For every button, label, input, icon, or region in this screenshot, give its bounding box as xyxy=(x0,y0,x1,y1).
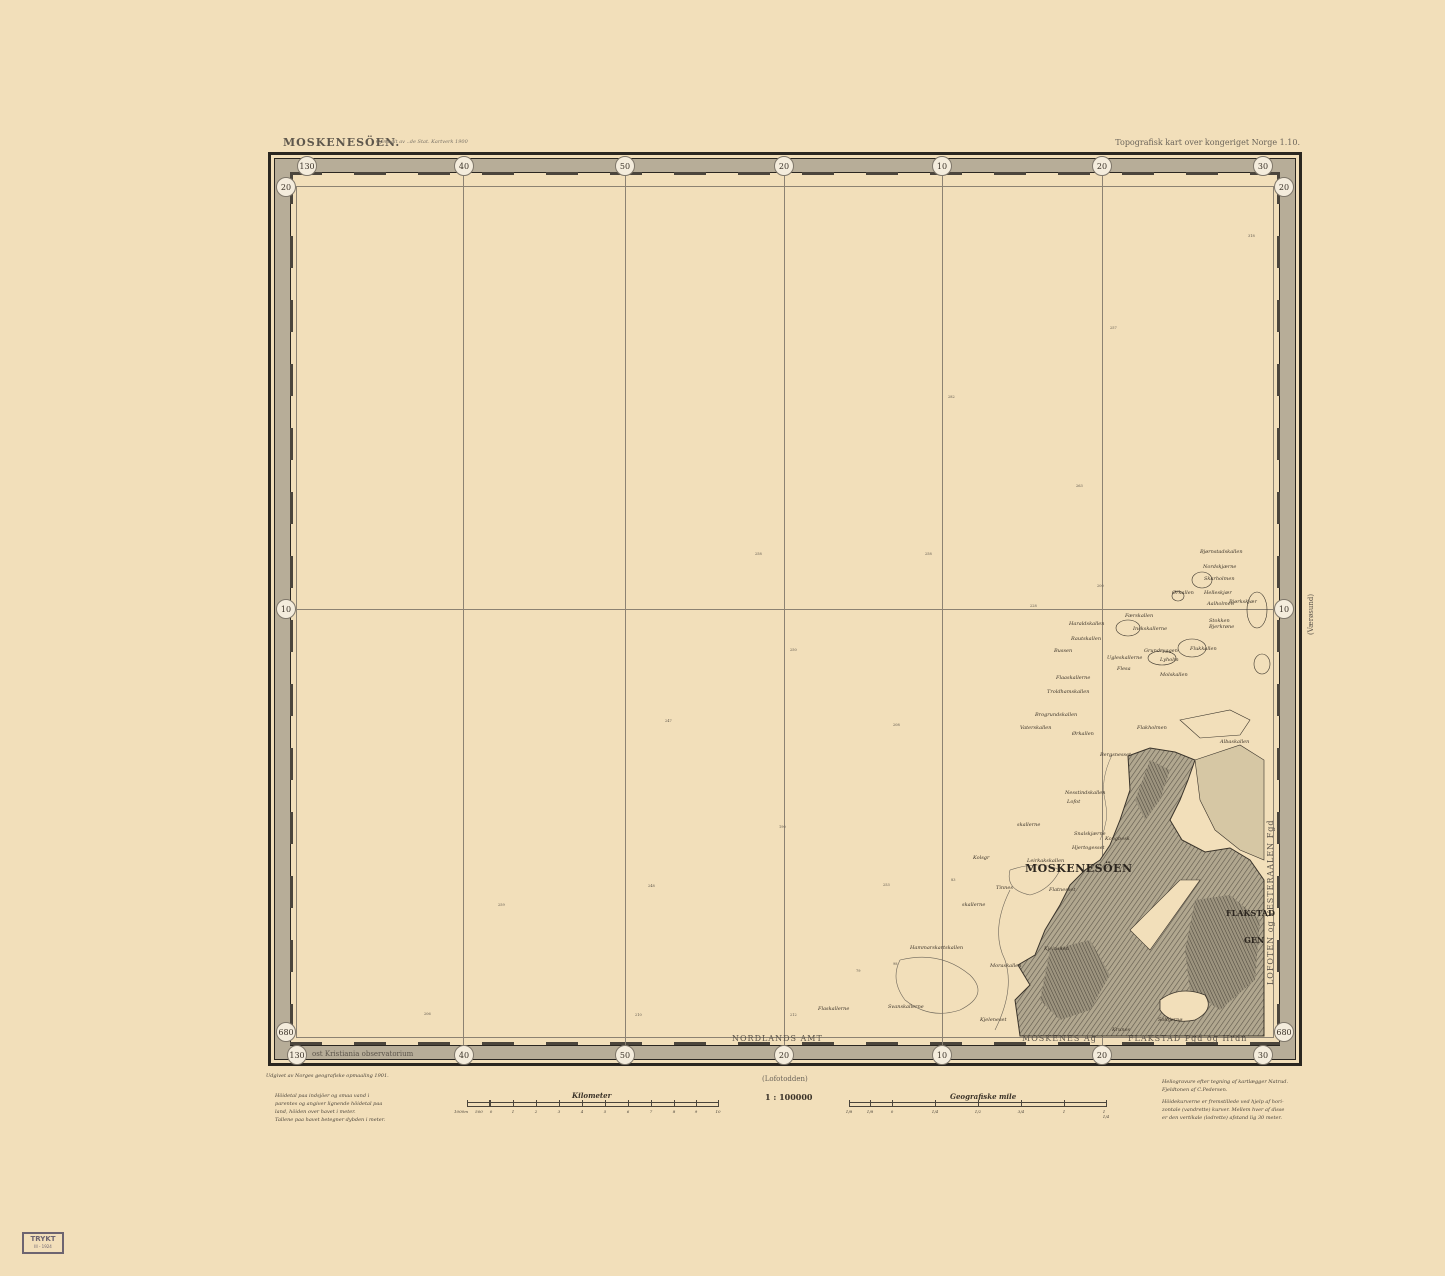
km-tick-label: 1 xyxy=(512,1109,515,1114)
place-label: Lofot xyxy=(1067,799,1080,805)
place-label: Brogrundskallen xyxy=(1035,712,1077,718)
nm-tick-label: 1/8 xyxy=(867,1109,873,1114)
depth-sounding: 263 xyxy=(1076,484,1083,488)
district-label-lofoten: LOFOTEN og VESTERAALEN Fgd xyxy=(1266,819,1275,985)
place-label: Tinnes xyxy=(996,885,1013,891)
depth-sounding: 208 xyxy=(893,723,900,727)
nm-tick-label: 1 xyxy=(1063,1109,1066,1114)
depth-sounding: 258 xyxy=(925,552,932,556)
place-label: Bussen xyxy=(1054,648,1072,654)
place-label: Flaaskallerne xyxy=(1056,675,1090,681)
stamp-date: III - 1924 xyxy=(24,1244,62,1250)
contour-note: Höidekurverne er fremstillede ved hjelp … xyxy=(1162,1098,1284,1122)
depth-sounding: 282 xyxy=(948,395,955,399)
coord-left-20: 20 xyxy=(276,177,296,197)
place-label: Hammarskartskallen xyxy=(910,945,963,951)
km-tick-label: 9 xyxy=(695,1109,698,1114)
legend-note-line: Tallene paa havet betegner dybden i mete… xyxy=(275,1116,385,1124)
km-tick-label: 4 xyxy=(581,1109,584,1114)
place-label: Haraldskallen xyxy=(1069,621,1104,627)
coord-right-680: 680 xyxy=(1274,1022,1294,1042)
scale-ratio: 1 : 100000 xyxy=(765,1092,813,1102)
depth-sounding: 83 xyxy=(951,878,955,882)
coord-bottom-10: 10 xyxy=(932,1045,952,1065)
place-label: Kongbesk xyxy=(1105,836,1130,842)
publisher-credit: Udgivet av Norges geografiske opmaaling … xyxy=(266,1072,389,1080)
meridian-note: ost Kristiania observatorium xyxy=(312,1050,413,1058)
place-label: Flesa xyxy=(1117,666,1131,672)
printed-stamp: TRYKT III - 1924 xyxy=(22,1232,64,1254)
coord-left-680: 680 xyxy=(276,1022,296,1042)
nm-scale-label: Geografiske mile xyxy=(950,1092,1016,1101)
nm-tick-label: 0 xyxy=(891,1109,894,1114)
place-label: Skarholmen xyxy=(1204,576,1235,582)
depth-sounding: 259 xyxy=(498,903,505,907)
coord-bottom-40: 40 xyxy=(454,1045,474,1065)
depth-sounding: 206 xyxy=(424,1012,431,1016)
nm-tick-label: 1 1/4 xyxy=(1103,1109,1109,1119)
place-label: Flaskallerne xyxy=(818,1006,849,1012)
right-margin-note: (Værøsund) xyxy=(1307,594,1315,635)
coord-top-20b: 20 xyxy=(1092,156,1112,176)
coord-top-30: 30 xyxy=(1253,156,1273,176)
stamp-title: TRYKT xyxy=(24,1234,62,1244)
nm-tick-label: 1/8 xyxy=(846,1109,852,1114)
place-label: Vaterskallen xyxy=(1020,725,1051,731)
km-tick-label: 8 xyxy=(673,1109,676,1114)
place-label: Bjørnstadskallen xyxy=(1200,549,1243,555)
depth-sounding: 98 xyxy=(893,962,897,966)
coord-bottom-30: 30 xyxy=(1253,1045,1273,1065)
place-label: Leirkakskallen xyxy=(1027,858,1064,864)
coord-left-10: 10 xyxy=(276,599,296,619)
coord-right-10: 10 xyxy=(1274,599,1294,619)
place-label: Kjeleneset xyxy=(980,1017,1007,1023)
km-tick-label: 10 xyxy=(715,1109,720,1114)
depth-sounding: 190 xyxy=(779,825,786,829)
legend-note-line: land, höiden over havet i meter. xyxy=(275,1108,385,1116)
place-label: Rautskallen xyxy=(1071,636,1101,642)
place-label: Hjertogesset xyxy=(1072,845,1105,851)
contour-note-line: zontale (vandrette) kurver. Mellem hver … xyxy=(1162,1106,1284,1114)
km-tick-label: 500 xyxy=(475,1109,483,1114)
km-scale-label: Kilometer xyxy=(572,1091,611,1100)
coord-top-50: 50 xyxy=(615,156,635,176)
km-scale-bar: 1000m 500 0 1 2 3 4 5 6 7 8 9 10 xyxy=(467,1102,719,1107)
place-label: Krunes xyxy=(1112,1027,1130,1033)
place-label: Moraskallen xyxy=(990,963,1021,969)
district-label-nordland: NORDLANDS AMT xyxy=(732,1034,823,1043)
nm-scale-bar: 1/8 1/8 0 1/4 1/2 3/4 1 1 1/4 xyxy=(849,1102,1107,1107)
place-label: Bergsnesset xyxy=(1100,752,1131,758)
legend-note-line: Höidetal paa indsjöer og smaa vand i xyxy=(275,1092,385,1100)
km-tick-label: 5 xyxy=(604,1109,607,1114)
place-label: Nordskjærne xyxy=(1203,564,1236,570)
place-label: Svanskallerne xyxy=(888,1004,924,1010)
coord-bottom-20: 20 xyxy=(774,1045,794,1065)
place-label: Flukkallen xyxy=(1190,646,1217,652)
place-label: Kjeinsken xyxy=(1044,946,1069,952)
place-label: Troldhamskallen xyxy=(1047,689,1089,695)
place-label: Kolsgr xyxy=(973,855,989,861)
place-label: Inskskallerne xyxy=(1133,626,1167,632)
km-tick-label: 0 xyxy=(490,1109,493,1114)
engraving-credit: Heliogravure efter tegning af kartlægger… xyxy=(1162,1078,1288,1094)
coord-bottom-50: 50 xyxy=(615,1045,635,1065)
depth-sounding: 253 xyxy=(883,883,890,887)
place-label: Solbjørnø xyxy=(1158,1017,1182,1023)
district-label-flakstad: FLAKSTAD Pgd og Hrdn xyxy=(1128,1034,1247,1043)
place-label: Flatnesset xyxy=(1049,887,1075,893)
depth-sounding: 318 xyxy=(1248,234,1255,238)
nm-tick-label: 1/2 xyxy=(975,1109,981,1114)
place-label: Bjerkrøne xyxy=(1209,624,1234,630)
contour-note-line: Höidekurverne er fremstillede ved hjelp … xyxy=(1162,1098,1284,1106)
depth-sounding: 228 xyxy=(1030,604,1037,608)
place-label: Albaskallen xyxy=(1220,739,1249,745)
credit-line: Heliogravure efter tegning af kartlægger… xyxy=(1162,1078,1288,1086)
km-tick-label: 3 xyxy=(558,1109,561,1114)
place-label: Ørkallen xyxy=(1172,590,1194,596)
district-label-moskenes: MOSKENES Ag xyxy=(1022,1034,1097,1043)
nm-tick-label: 1/4 xyxy=(932,1109,938,1114)
coord-top-20: 20 xyxy=(774,156,794,176)
place-label: Ugleskallerne xyxy=(1107,655,1142,661)
subregion-label: (Lofotodden) xyxy=(762,1075,808,1083)
place-label: Molskallen xyxy=(1160,672,1188,678)
town-name-flakstad: FLAKSTAD xyxy=(1226,908,1275,918)
legend-note-line: parentes og angiver lignende höidetal pa… xyxy=(275,1100,385,1108)
depth-sounding: 210 xyxy=(635,1013,642,1017)
place-label: Grundryggen xyxy=(1144,648,1178,654)
coord-top-40: 40 xyxy=(454,156,474,176)
place-label: skallerne xyxy=(962,902,985,908)
place-label: Nesstindskallen xyxy=(1065,790,1105,796)
depth-sounding: 247 xyxy=(665,719,672,723)
coord-right-20: 20 xyxy=(1274,177,1294,197)
depth-sounding: 250 xyxy=(790,648,797,652)
depth-sounding: 212 xyxy=(790,1013,797,1017)
place-label: Flakholmen xyxy=(1137,725,1167,731)
place-label: Lyholm xyxy=(1160,657,1179,663)
coord-bottom-20b: 20 xyxy=(1092,1045,1112,1065)
depth-sounding: 248 xyxy=(648,884,655,888)
depth-sounding: 79 xyxy=(856,969,860,973)
town-name-gen: GEN xyxy=(1244,935,1264,945)
coord-top-10: 10 xyxy=(932,156,952,176)
credit-line: Fjeldtonen af C.Pedersen. xyxy=(1162,1086,1288,1094)
place-label: Ørkallen xyxy=(1072,731,1094,737)
place-label: Bjørkskjær xyxy=(1229,599,1257,605)
contour-note-line: er den vertikale (lodrette) afstand lig … xyxy=(1162,1114,1284,1122)
nm-tick-label: 3/4 xyxy=(1018,1109,1024,1114)
coord-top-130: 130 xyxy=(297,156,317,176)
km-tick-label: 2 xyxy=(535,1109,538,1114)
place-label: Helleskjær xyxy=(1204,590,1232,596)
place-label: skallerne xyxy=(1017,822,1040,828)
place-label: Færskallen xyxy=(1125,613,1153,619)
legend-note-left: Höidetal paa indsjöer og smaa vand i par… xyxy=(275,1092,385,1124)
km-tick-label: 1000m xyxy=(454,1109,468,1114)
km-tick-label: 7 xyxy=(650,1109,653,1114)
depth-sounding: 258 xyxy=(755,552,762,556)
depth-sounding: 257 xyxy=(1110,326,1117,330)
coord-bottom-130: 130 xyxy=(287,1045,307,1065)
km-tick-label: 6 xyxy=(627,1109,630,1114)
place-label: Snalskjærne xyxy=(1074,831,1106,837)
depth-sounding: 200 xyxy=(1097,584,1104,588)
